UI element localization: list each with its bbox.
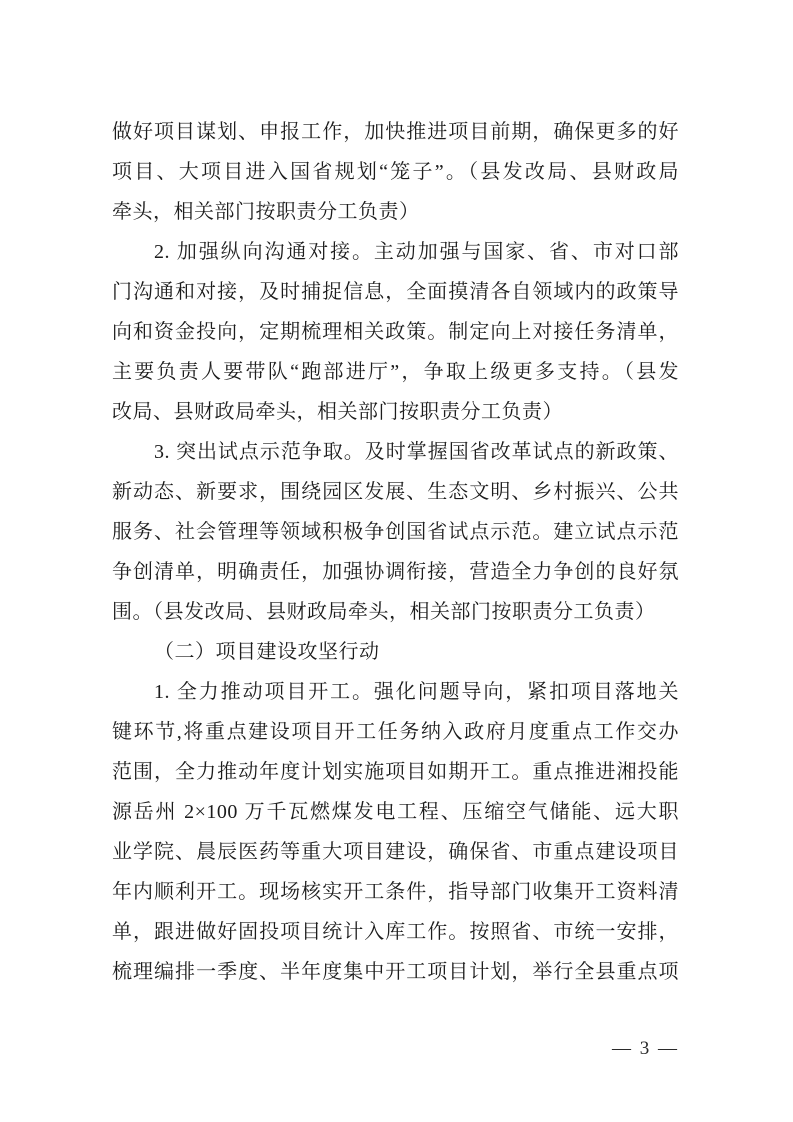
text-line: （二）项目建设攻坚行动 <box>112 632 679 672</box>
text-block: 做好项目谋划、申报工作，加快推进项目前期，确保更多的好项目、大项目进入国省规划“… <box>112 112 679 992</box>
paragraph: 2. 加强纵向沟通对接。主动加强与国家、省、市对口部门沟通和对接，及时捕捉信息，… <box>112 232 679 432</box>
text-line: 牵头，相关部门按职责分工负责） <box>112 192 679 232</box>
text-line: 键环节,将重点建设项目开工任务纳入政府月度重点工作交办 <box>112 712 679 752</box>
text-line: 2. 加强纵向沟通对接。主动加强与国家、省、市对口部 <box>112 232 679 272</box>
text-line: 源岳州 2×100 万千瓦燃煤发电工程、压缩空气储能、远大职 <box>112 792 679 832</box>
text-line: 新动态、新要求，围绕园区发展、生态文明、乡村振兴、公共 <box>112 472 679 512</box>
paragraph: 3. 突出试点示范争取。及时掌握国省改革试点的新政策、新动态、新要求，围绕园区发… <box>112 432 679 632</box>
text-line: 范围，全力推动年度计划实施项目如期开工。重点推进湘投能 <box>112 752 679 792</box>
text-line: 单，跟进做好固投项目统计入库工作。按照省、市统一安排， <box>112 912 679 952</box>
text-line: 围。（县发改局、县财政局牵头，相关部门按职责分工负责） <box>112 592 679 632</box>
section-heading: （二）项目建设攻坚行动 <box>112 632 679 672</box>
page-number: — 3 — <box>112 1038 679 1060</box>
text-line: 做好项目谋划、申报工作，加快推进项目前期，确保更多的好 <box>112 112 679 152</box>
text-line: 门沟通和对接，及时捕捉信息，全面摸清各自领域内的政策导 <box>112 272 679 312</box>
text-line: 3. 突出试点示范争取。及时掌握国省改革试点的新政策、 <box>112 432 679 472</box>
text-line: 1. 全力推动项目开工。强化问题导向，紧扣项目落地关 <box>112 672 679 712</box>
text-line: 争创清单，明确责任，加强协调衔接，营造全力争创的良好氛 <box>112 552 679 592</box>
text-line: 梳理编排一季度、半年度集中开工项目计划，举行全县重点项 <box>112 952 679 992</box>
text-line: 业学院、晨辰医药等重大项目建设，确保省、市重点建设项目 <box>112 832 679 872</box>
text-line: 主要负责人要带队“跑部进厅”，争取上级更多支持。（县发 <box>112 352 679 392</box>
paragraph: 1. 全力推动项目开工。强化问题导向，紧扣项目落地关键环节,将重点建设项目开工任… <box>112 672 679 992</box>
text-line: 改局、县财政局牵头，相关部门按职责分工负责） <box>112 392 679 432</box>
text-line: 项目、大项目进入国省规划“笼子”。（县发改局、县财政局 <box>112 152 679 192</box>
text-line: 服务、社会管理等领域积极争创国省试点示范。建立试点示范 <box>112 512 679 552</box>
paragraph: 做好项目谋划、申报工作，加快推进项目前期，确保更多的好项目、大项目进入国省规划“… <box>112 112 679 232</box>
text-line: 向和资金投向，定期梳理相关政策。制定向上对接任务清单， <box>112 312 679 352</box>
text-line: 年内顺利开工。现场核实开工条件，指导部门收集开工资料清 <box>112 872 679 912</box>
document-page: 做好项目谋划、申报工作，加快推进项目前期，确保更多的好项目、大项目进入国省规划“… <box>0 0 793 1122</box>
